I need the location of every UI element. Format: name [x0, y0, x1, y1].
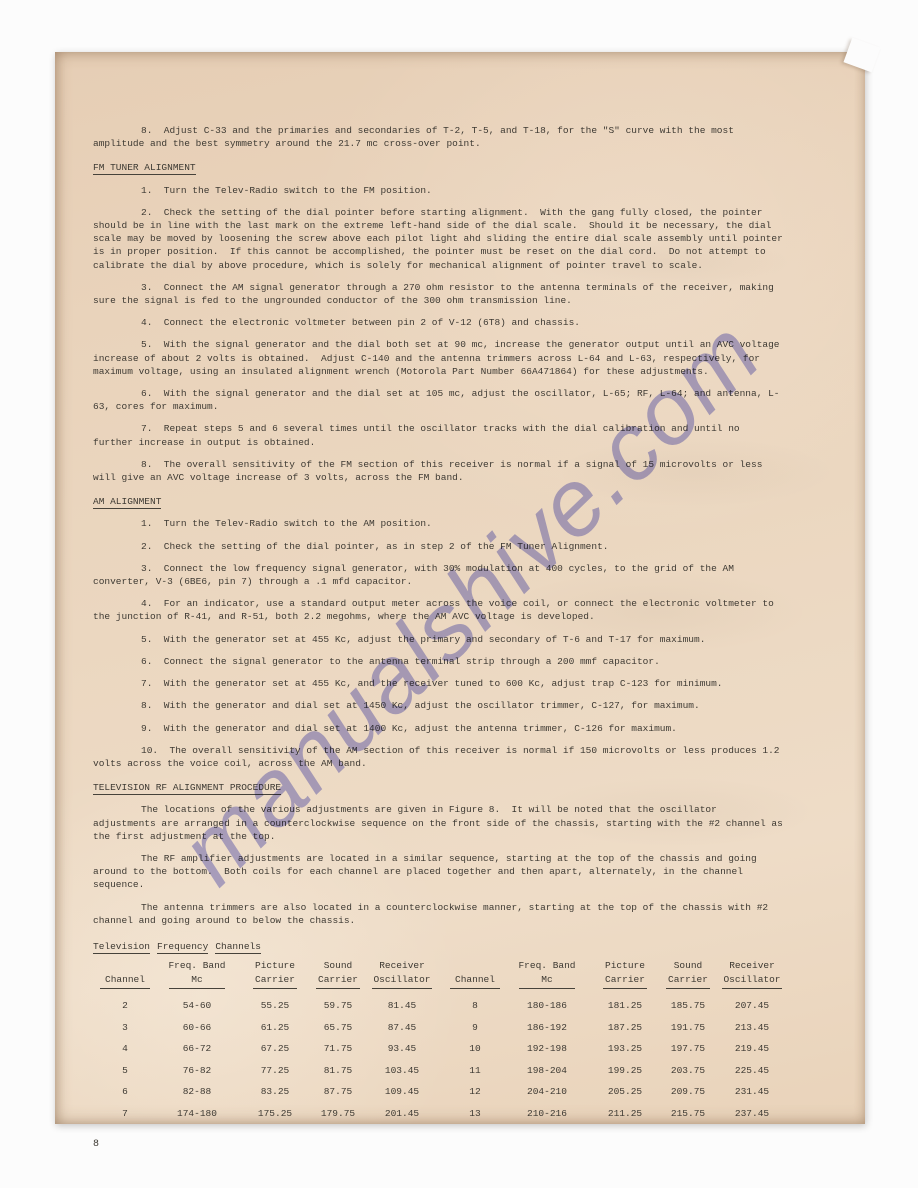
table-row: 11198-204199.25203.75225.45 [447, 1060, 787, 1082]
table-cell: 179.75 [309, 1103, 367, 1125]
table-cell: 4 [97, 1038, 153, 1060]
table-cell: 175.25 [241, 1103, 309, 1125]
table-header-cell: Carrier [659, 973, 717, 989]
page-number: 8 [93, 1138, 785, 1151]
step-paragraph: 9. With the generator and dial set at 14… [93, 722, 785, 735]
table-header-cell: Sound [309, 959, 367, 973]
table-cell: 87.45 [367, 1017, 437, 1039]
step-paragraph: 5. With the generator set at 455 Kc, adj… [93, 633, 785, 646]
table-header-cell: Sound [659, 959, 717, 973]
table-header-cell [97, 959, 153, 973]
table-row: 576-8277.2581.75103.45 [97, 1060, 437, 1082]
table-cell: 187.25 [591, 1017, 659, 1039]
table-row: 254-6055.2559.7581.45 [97, 989, 437, 1017]
table-header-cell: Oscillator [367, 973, 437, 989]
table-header-label: Channel [100, 973, 150, 989]
step-paragraph: 5. With the signal generator and the dia… [93, 338, 785, 378]
step-paragraph: 7. With the generator set at 455 Kc, and… [93, 677, 785, 690]
table-header-label: Oscillator [372, 973, 432, 989]
step-paragraph: 8. Adjust C-33 and the primaries and sec… [93, 124, 785, 150]
table-cell: 198-204 [503, 1060, 591, 1082]
table-cell: 54-60 [153, 989, 241, 1017]
table-cell: 76-82 [153, 1060, 241, 1082]
table-row: 466-7267.2571.7593.45 [97, 1038, 437, 1060]
table-header-cell: Freq. Band [153, 959, 241, 973]
table-cell: 192-198 [503, 1038, 591, 1060]
table-row: 10192-198193.25197.75219.45 [447, 1038, 787, 1060]
table-header-cell: Freq. Band [503, 959, 591, 973]
table-cell: 185.75 [659, 989, 717, 1017]
table-cell: 209.75 [659, 1081, 717, 1103]
table-header-row: Freq. Band Picture Sound Receiver [447, 959, 787, 973]
table-header-cell: Mc [153, 973, 241, 989]
table-cell: 109.45 [367, 1081, 437, 1103]
step-paragraph: 3. Connect the low frequency signal gene… [93, 562, 785, 588]
step-paragraph: 6. With the signal generator and the dia… [93, 387, 785, 413]
table-cell: 199.25 [591, 1060, 659, 1082]
table-cell: 65.75 [309, 1017, 367, 1039]
step-paragraph: 8. With the generator and dial set at 14… [93, 699, 785, 712]
step-paragraph: 6. Connect the signal generator to the a… [93, 655, 785, 668]
table-row: 9186-192187.25191.75213.45 [447, 1017, 787, 1039]
section-heading-label: FM TUNER ALIGNMENT [93, 162, 196, 175]
step-paragraph: 4. Connect the electronic voltmeter betw… [93, 316, 785, 329]
table-cell: 10 [447, 1038, 503, 1060]
table-cell: 6 [97, 1081, 153, 1103]
table-cell: 55.25 [241, 989, 309, 1017]
table-header-cell: Mc [503, 973, 591, 989]
section-heading-label: AM ALIGNMENT [93, 496, 161, 509]
frequency-table-left: Freq. Band Picture Sound Receiver Channe… [97, 959, 437, 1124]
table-header-cell: Carrier [241, 973, 309, 989]
table-header-row: Channel Mc Carrier Carrier Oscillator [97, 973, 437, 989]
table-header-label: Carrier [666, 973, 710, 989]
am-alignment-steps: 1. Turn the Telev-Radio switch to the AM… [93, 517, 785, 770]
step-paragraph: The locations of the various adjustments… [93, 803, 785, 843]
table-row: 7174-180175.25179.75201.45 [97, 1103, 437, 1125]
step-paragraph: 7. Repeat steps 5 and 6 several times un… [93, 422, 785, 448]
step-paragraph: The antenna trimmers are also located in… [93, 901, 785, 927]
table-cell: 13 [447, 1103, 503, 1125]
table-header-label: Oscillator [722, 973, 782, 989]
table-header-cell: Channel [97, 973, 153, 989]
table-cell: 77.25 [241, 1060, 309, 1082]
table-header-row: Channel Mc Carrier Carrier Oscillator [447, 973, 787, 989]
table-header-label: Mc [169, 973, 225, 989]
frequency-channels-table: Freq. Band Picture Sound Receiver Channe… [97, 959, 785, 1124]
step-paragraph: 2. Check the setting of the dial pointer… [93, 540, 785, 553]
table-cell: 81.45 [367, 989, 437, 1017]
frequency-table-title: TelevisionFrequencyChannels [93, 940, 785, 953]
table-cell: 71.75 [309, 1038, 367, 1060]
section-heading-label: TELEVISION RF ALIGNMENT PROCEDURE [93, 782, 281, 795]
table-cell: 93.45 [367, 1038, 437, 1060]
table-cell: 193.25 [591, 1038, 659, 1060]
table-header-cell: Carrier [591, 973, 659, 989]
table-cell: 60-66 [153, 1017, 241, 1039]
paper-corner-tear [843, 38, 880, 73]
step-paragraph: 1. Turn the Telev-Radio switch to the AM… [93, 517, 785, 530]
step-paragraph: 2. Check the setting of the dial pointer… [93, 206, 785, 272]
television-rf-paragraphs: The locations of the various adjustments… [93, 803, 785, 927]
table-header-label: Carrier [316, 973, 360, 989]
table-cell: 3 [97, 1017, 153, 1039]
table-cell: 5 [97, 1060, 153, 1082]
table-cell: 83.25 [241, 1081, 309, 1103]
table-cell: 231.45 [717, 1081, 787, 1103]
table-cell: 87.75 [309, 1081, 367, 1103]
frequency-table-right: Freq. Band Picture Sound Receiver Channe… [447, 959, 787, 1124]
table-title-word: Frequency [157, 941, 208, 954]
section-heading-am-alignment: AM ALIGNMENT [93, 495, 785, 508]
table-header-label: Channel [450, 973, 500, 989]
table-cell: 8 [447, 989, 503, 1017]
section-heading-television-rf-alignment: TELEVISION RF ALIGNMENT PROCEDURE [93, 781, 785, 794]
step-paragraph: 1. Turn the Telev-Radio switch to the FM… [93, 184, 785, 197]
table-header-cell: Channel [447, 973, 503, 989]
table-cell: 186-192 [503, 1017, 591, 1039]
table-cell: 210-216 [503, 1103, 591, 1125]
table-header-label: Carrier [253, 973, 297, 989]
table-cell: 197.75 [659, 1038, 717, 1060]
table-cell: 215.75 [659, 1103, 717, 1125]
table-header-cell: Picture [241, 959, 309, 973]
table-cell: 2 [97, 989, 153, 1017]
table-body-left: 254-6055.2559.7581.45360-6661.2565.7587.… [97, 989, 437, 1124]
table-title-word: Television [93, 941, 150, 954]
table-cell: 7 [97, 1103, 153, 1125]
table-header-cell: Receiver [367, 959, 437, 973]
table-cell: 237.45 [717, 1103, 787, 1125]
table-cell: 12 [447, 1081, 503, 1103]
table-title-word: Channels [215, 941, 261, 954]
table-cell: 82-88 [153, 1081, 241, 1103]
table-cell: 81.75 [309, 1060, 367, 1082]
table-cell: 103.45 [367, 1060, 437, 1082]
fm-alignment-steps: 1. Turn the Telev-Radio switch to the FM… [93, 184, 785, 485]
table-header-cell: Picture [591, 959, 659, 973]
table-cell: 211.25 [591, 1103, 659, 1125]
step-paragraph: 3. Connect the AM signal generator throu… [93, 281, 785, 307]
document-page: 8. Adjust C-33 and the primaries and sec… [55, 52, 865, 1124]
table-cell: 205.25 [591, 1081, 659, 1103]
table-header-cell [447, 959, 503, 973]
table-cell: 203.75 [659, 1060, 717, 1082]
table-cell: 174-180 [153, 1103, 241, 1125]
table-cell: 225.45 [717, 1060, 787, 1082]
section-heading-fm-tuner-alignment: FM TUNER ALIGNMENT [93, 161, 785, 174]
step-paragraph: The RF amplifier adjustments are located… [93, 852, 785, 892]
table-row: 8180-186181.25185.75207.45 [447, 989, 787, 1017]
table-header-row: Freq. Band Picture Sound Receiver [97, 959, 437, 973]
table-header-cell: Oscillator [717, 973, 787, 989]
table-cell: 219.45 [717, 1038, 787, 1060]
table-body-right: 8180-186181.25185.75207.459186-192187.25… [447, 989, 787, 1124]
step-paragraph: 4. For an indicator, use a standard outp… [93, 597, 785, 623]
table-cell: 201.45 [367, 1103, 437, 1125]
table-cell: 213.45 [717, 1017, 787, 1039]
step-paragraph: 8. The overall sensitivity of the FM sec… [93, 458, 785, 484]
table-cell: 207.45 [717, 989, 787, 1017]
table-row: 360-6661.2565.7587.45 [97, 1017, 437, 1039]
table-header-cell: Receiver [717, 959, 787, 973]
table-cell: 180-186 [503, 989, 591, 1017]
table-cell: 67.25 [241, 1038, 309, 1060]
table-cell: 59.75 [309, 989, 367, 1017]
table-header-cell: Carrier [309, 973, 367, 989]
step-paragraph: 10. The overall sensitivity of the AM se… [93, 744, 785, 770]
table-cell: 181.25 [591, 989, 659, 1017]
table-header-label: Carrier [603, 973, 647, 989]
table-row: 12204-210205.25209.75231.45 [447, 1081, 787, 1103]
table-cell: 66-72 [153, 1038, 241, 1060]
table-cell: 61.25 [241, 1017, 309, 1039]
table-cell: 204-210 [503, 1081, 591, 1103]
table-cell: 11 [447, 1060, 503, 1082]
table-header-label: Mc [519, 973, 575, 989]
table-row: 682-8883.2587.75109.45 [97, 1081, 437, 1103]
table-cell: 191.75 [659, 1017, 717, 1039]
table-row: 13210-216211.25215.75237.45 [447, 1103, 787, 1125]
table-cell: 9 [447, 1017, 503, 1039]
